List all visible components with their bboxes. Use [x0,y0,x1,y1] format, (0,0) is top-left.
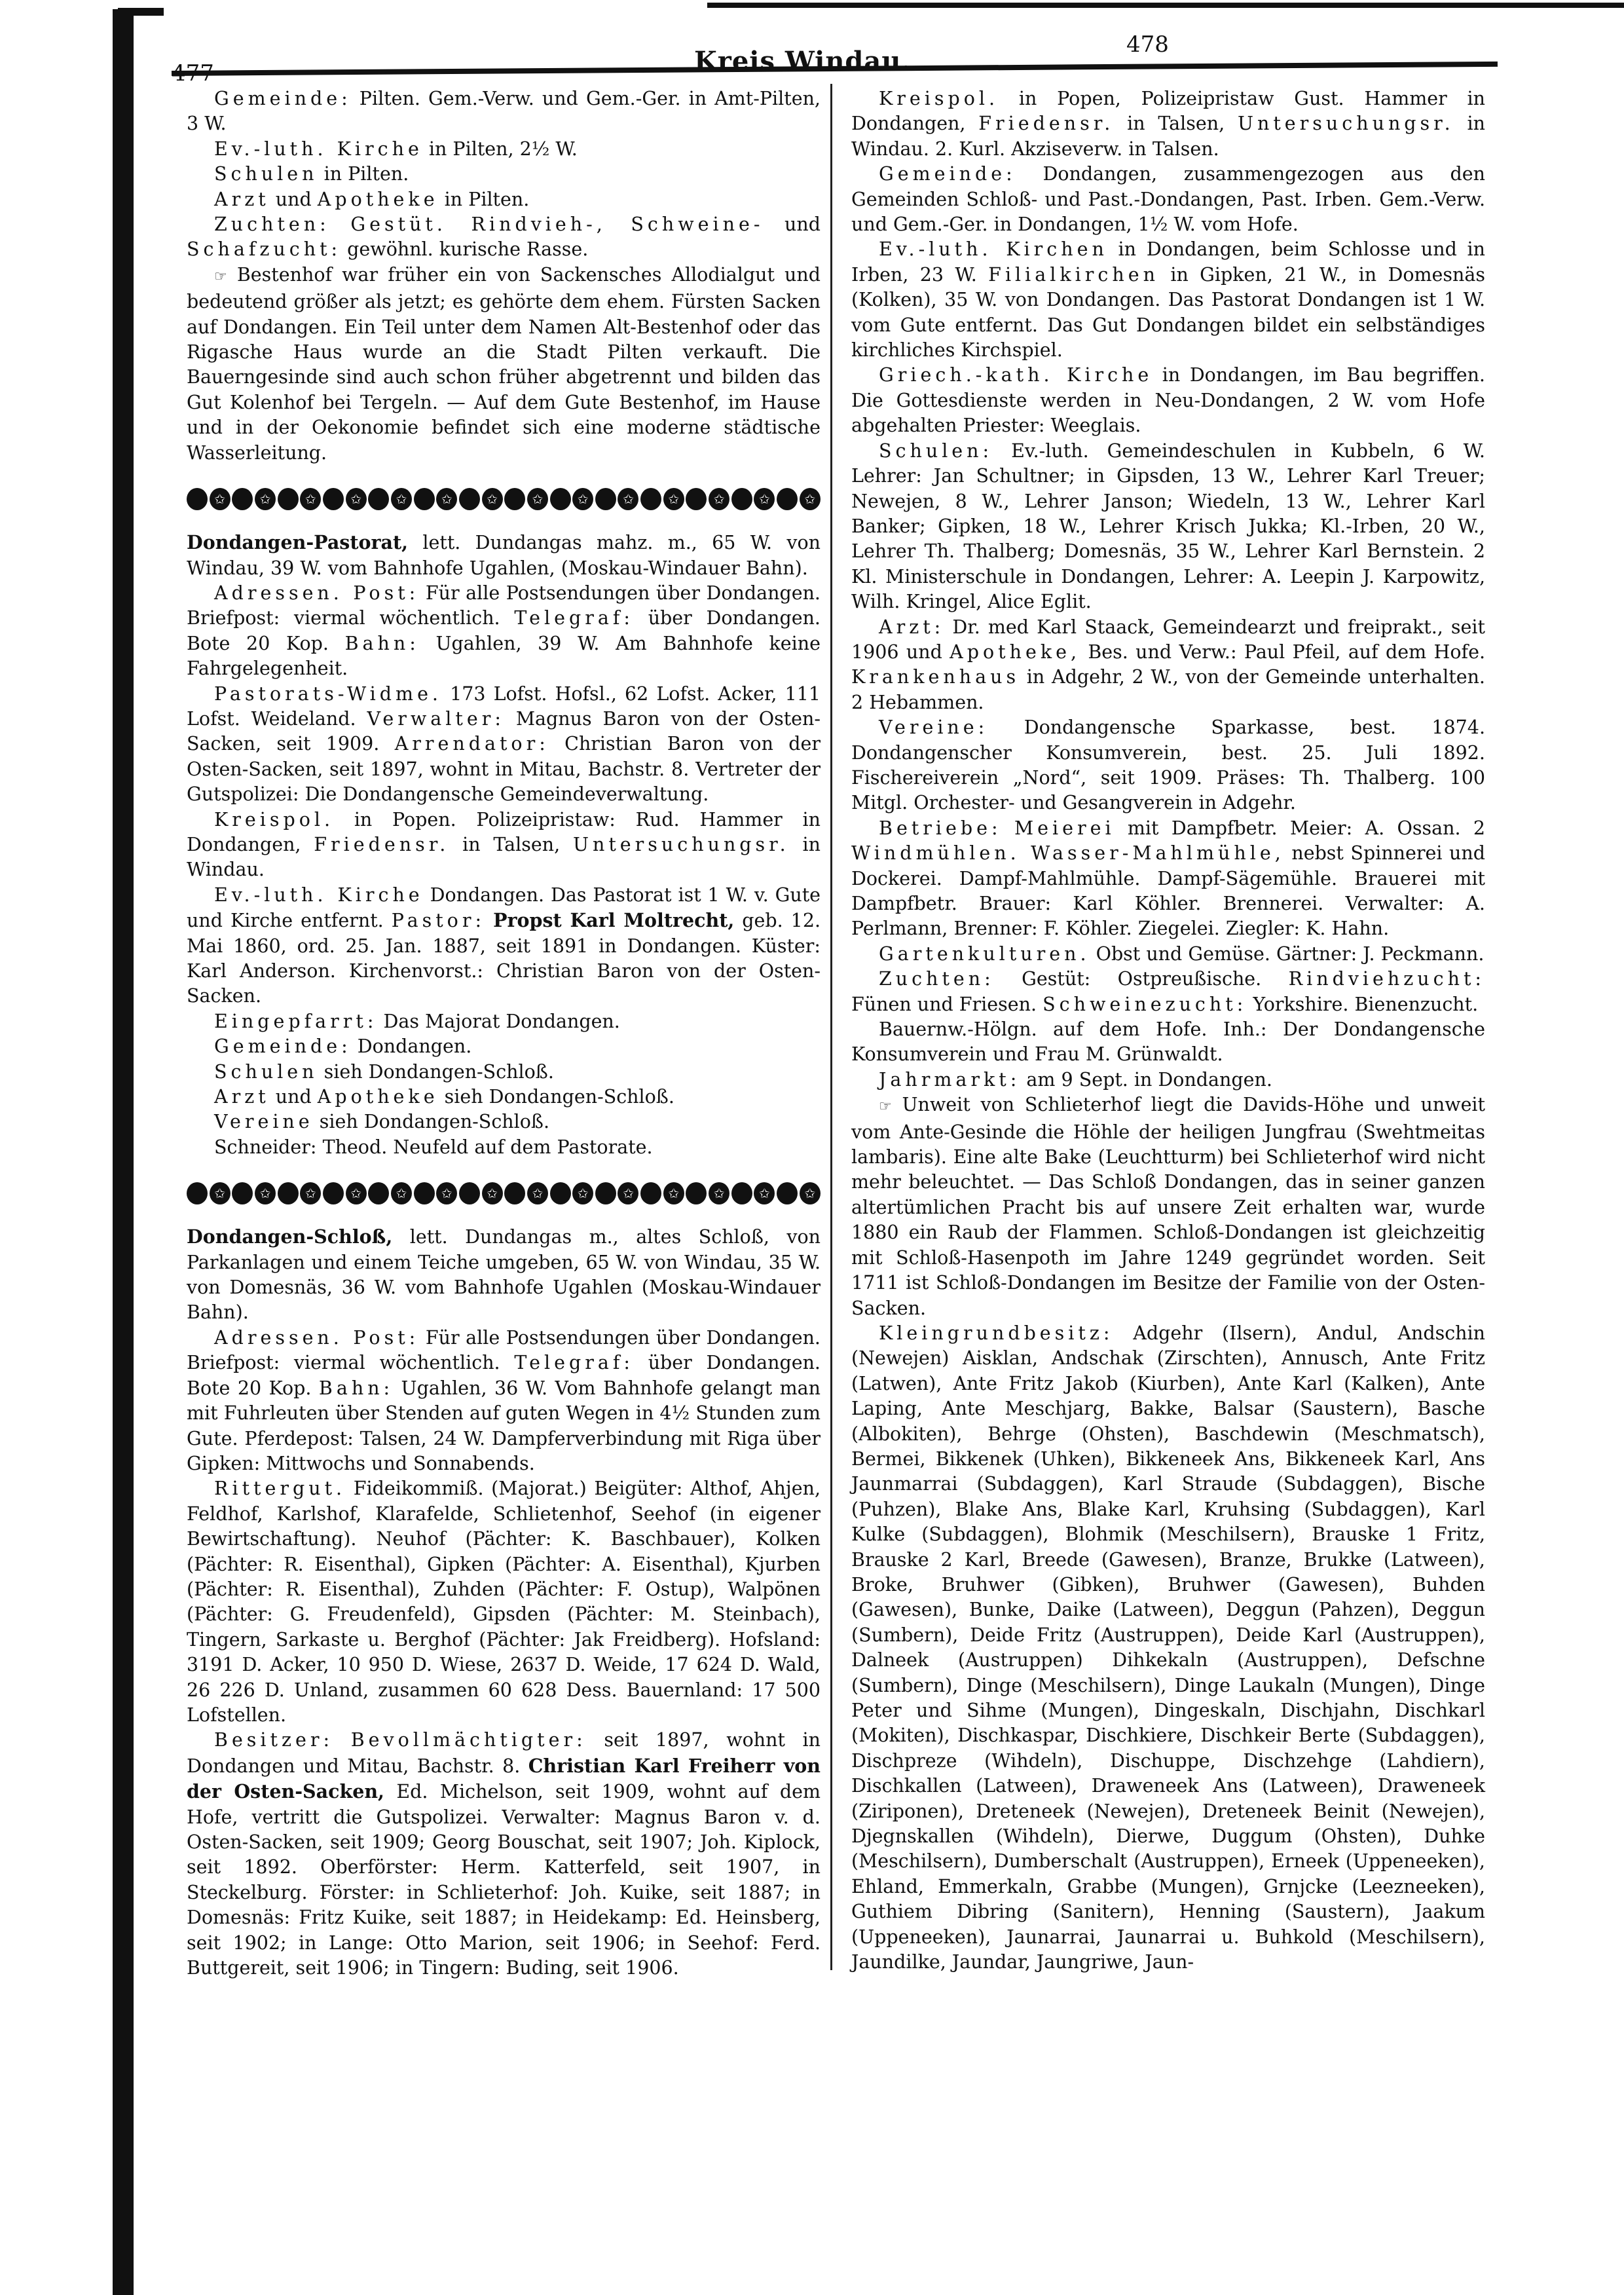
ornament-dot-icon: ✩ [800,488,821,510]
pastorat-title: Dondangen-Pastorat, [187,531,408,553]
ornament-dot-icon: ✩ [572,488,593,510]
ornament-dot-icon: ✩ [346,488,367,510]
paragraph: Arzt und Apotheke in Pilten. [187,187,821,212]
paragraph: Adressen. Post: Für alle Postsendungen ü… [187,1326,821,1476]
paragraph: Bauernw.-Hölgn. auf dem Hofe. Inh.: Der … [851,1017,1485,1068]
paragraph: Jahrmarkt: am 9 Sept. in Dondangen. [851,1068,1485,1092]
schloss-entry-heading: Dondangen-Schloß, lett. Dundangas m., al… [187,1224,821,1326]
ornament-dot-icon: ✩ [482,1182,503,1204]
ornament-dot-icon [550,1182,571,1204]
ornament-dot-icon [323,1182,344,1204]
ornament-dot-icon [504,488,525,510]
ornament-dot-icon: ✩ [572,1182,593,1204]
top-scan-rule [707,3,1624,8]
paragraph: Ev.-luth. Kirche in Pilten, 2½ W. [187,137,821,162]
paragraph: Gemeinde: Dondangen, zusammengezogen aus… [851,162,1485,237]
ornament-dot-icon: ✩ [618,488,638,510]
ornament-dot-icon: ✩ [527,488,548,510]
ornament-divider: ✩✩✩✩✩✩✩✩✩✩✩✩✩✩ [187,488,821,510]
ornament-dot-icon [595,488,616,510]
ornament-dot-icon: ✩ [482,488,503,510]
ornament-dot-icon [368,488,389,510]
right-paragraphs: Kreispol. in Popen, Polizeipristaw Gust.… [851,86,1485,1092]
schlieterhof-note: ☞ Unweit von Schlieterhof liegt die Davi… [851,1092,1485,1321]
ornament-dot-icon: ✩ [436,1182,457,1204]
ornament-dot-icon: ✩ [663,488,684,510]
ornament-dot-icon [459,488,480,510]
pilten-note: ☞ Bestenhof war früher ein von Sackensch… [187,263,821,466]
ornament-dot-icon [777,1182,798,1204]
ornament-dot-icon [550,488,571,510]
ornament-dot-icon [368,1182,389,1204]
left-column: Gemeinde: Pilten. Gem.-Verw. und Gem.-Ge… [187,86,821,1981]
paragraph: Zuchten: Gestüt: Ostpreußische. Rindvieh… [851,967,1485,1017]
column-divider [830,84,832,1970]
ornament-dot-icon: ✩ [754,488,775,510]
ornament-dot-icon: ✩ [709,488,729,510]
pointing-hand-icon: ☞ [214,269,227,285]
ornament-dot-icon [232,1182,253,1204]
ornament-divider: ✩✩✩✩✩✩✩✩✩✩✩✩✩✩ [187,1182,821,1204]
ornament-dot-icon: ✩ [391,488,412,510]
ornament-dot-icon: ✩ [436,488,457,510]
pointing-hand-icon: ☞ [879,1098,892,1115]
paragraph: Adressen. Post: Für alle Postsendungen ü… [187,581,821,682]
paragraph: Vereine sieh Dondangen-Schloß. [187,1110,821,1134]
ornament-dot-icon: ✩ [527,1182,548,1204]
ornament-dot-icon: ✩ [300,488,321,510]
paragraph: Zuchten: Gestüt. Rindvieh-, Schweine- un… [187,212,821,263]
ornament-dot-icon: ✩ [800,1182,821,1204]
paragraph: Vereine: Dondangensche Sparkasse, best. … [851,715,1485,816]
ornament-dot-icon [640,1182,661,1204]
ornament-dot-icon [686,1182,707,1204]
ornament-dot-icon: ✩ [255,488,276,510]
paragraph: Gemeinde: Dondangen. [187,1034,821,1059]
paragraph: Schulen in Pilten. [187,162,821,187]
ornament-dot-icon: ✩ [300,1182,321,1204]
ornament-dot-icon: ✩ [391,1182,412,1204]
paragraph: Kreispol. in Popen. Polizeipristaw: Rud.… [187,808,821,883]
paragraph: Kreispol. in Popen, Polizeipristaw Gust.… [851,86,1485,162]
ornament-dot-icon: ✩ [618,1182,638,1204]
ornament-dot-icon [278,488,299,510]
ornament-dot-icon [686,488,707,510]
ornament-dot-icon [232,488,253,510]
paragraph: Schneider: Theod. Neufeld auf dem Pastor… [187,1135,821,1160]
ornament-dot-icon [278,1182,299,1204]
schloss-paragraphs: Adressen. Post: Für alle Postsendungen ü… [187,1326,821,1981]
ornament-dot-icon [414,1182,435,1204]
paragraph: Ev.-luth. Kirchen in Dondangen, beim Sch… [851,237,1485,363]
ornament-dot-icon: ✩ [663,1182,684,1204]
paragraph: Eingepfarrt: Das Majorat Dondangen. [187,1009,821,1034]
ornament-dot-icon: ✩ [255,1182,276,1204]
paragraph: Arzt: Dr. med Karl Staack, Gemeindearzt … [851,615,1485,716]
right-column: Kreispol. in Popen, Polizeipristaw Gust.… [851,86,1485,1975]
paragraph: Betriebe: Meierei mit Dampfbetr. Meier: … [851,816,1485,942]
paragraph: Gemeinde: Pilten. Gem.-Verw. und Gem.-Ge… [187,86,821,137]
paragraph: Griech.-kath. Kirche in Dondangen, im Ba… [851,363,1485,438]
kleingrundbesitz-paragraph: Kleingrundbesitz: Adgehr (Ilsern), Andul… [851,1321,1485,1975]
ornament-dot-icon [777,488,798,510]
ornament-dot-icon [459,1182,480,1204]
ornament-dot-icon [731,488,752,510]
ornament-dot-icon [640,488,661,510]
ornament-dot-icon [187,1182,208,1204]
paragraph: Schulen: Ev.-luth. Gemeindeschulen in Ku… [851,439,1485,615]
ornament-dot-icon [187,488,208,510]
ornament-dot-icon [504,1182,525,1204]
paragraph: Arzt und Apotheke sieh Dondangen-Schloß. [187,1085,821,1110]
paragraph: Besitzer: Bevollmächtigter: seit 1897, w… [187,1728,821,1981]
ornament-dot-icon: ✩ [210,1182,231,1204]
ornament-dot-icon: ✩ [210,488,231,510]
paragraph: Rittergut. Fideikommiß. (Majorat.) Beigü… [187,1476,821,1728]
pastorat-paragraphs: Adressen. Post: Für alle Postsendungen ü… [187,581,821,1160]
paragraph: Ev.-luth. Kirche Dondangen. Das Pastorat… [187,883,821,1009]
schloss-title: Dondangen-Schloß, [187,1225,392,1248]
ornament-dot-icon: ✩ [709,1182,729,1204]
pastorat-entry-heading: Dondangen-Pastorat, lett. Dundangas mahz… [187,530,821,581]
paragraph: Schulen sieh Dondangen-Schloß. [187,1060,821,1085]
ornament-dot-icon [731,1182,752,1204]
ornament-dot-icon: ✩ [754,1182,775,1204]
scan-border-left [113,9,134,2295]
paragraph: Pastorats-Widme. 173 Lofst. Hofsl., 62 L… [187,682,821,808]
pilten-section: Gemeinde: Pilten. Gem.-Verw. und Gem.-Ge… [187,86,821,263]
paragraph: Gartenkulturen. Obst und Gemüse. Gärtner… [851,942,1485,967]
ornament-dot-icon: ✩ [346,1182,367,1204]
ornament-dot-icon [595,1182,616,1204]
ornament-dot-icon [323,488,344,510]
ornament-dot-icon [414,488,435,510]
page-number-right: 478 [1126,31,1169,58]
